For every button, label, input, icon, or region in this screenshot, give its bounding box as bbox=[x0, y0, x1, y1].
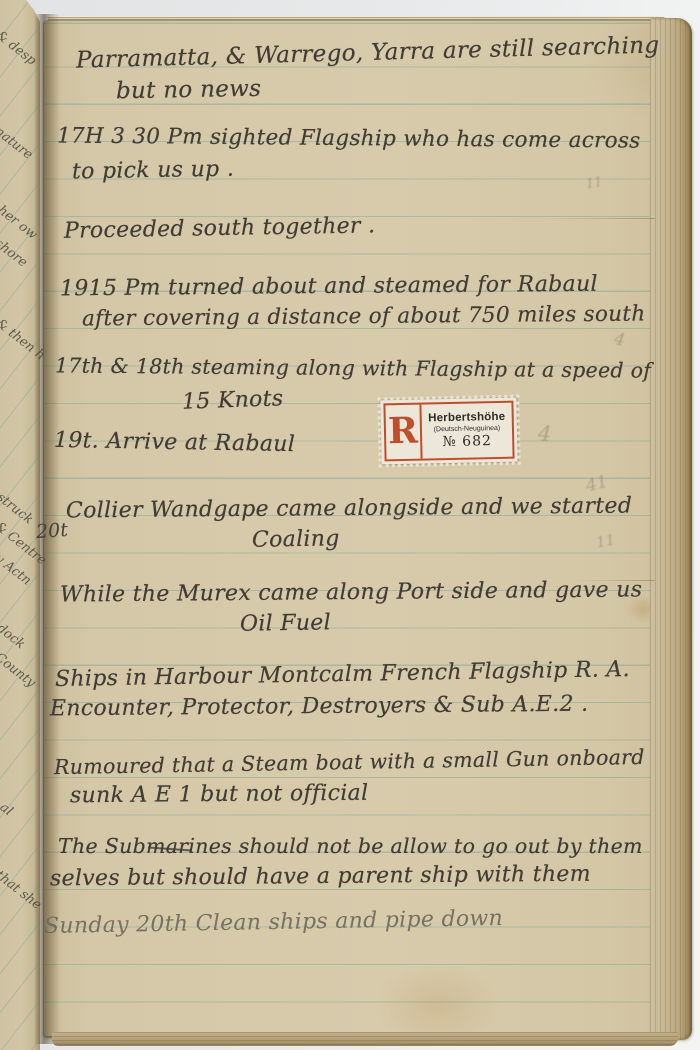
handwriting-line: 17th & 18th steaming along with Flagship… bbox=[55, 353, 651, 383]
registration-stamp: R Herbertshöhe (Deutsch-Neuguinea) № 682 bbox=[380, 398, 517, 465]
handwriting-line: Oil Fuel bbox=[240, 610, 331, 638]
registration-stamp-frame: R Herbertshöhe (Deutsch-Neuguinea) № 682 bbox=[383, 401, 514, 462]
handwriting-line: Collier Wandgape came alongside and we s… bbox=[66, 494, 632, 525]
handwriting-line: but no news bbox=[116, 76, 262, 106]
pencil-smudge-mark: 11 bbox=[585, 175, 603, 192]
handwriting-line: 1915 Pm turned about and steamed for Rab… bbox=[60, 272, 598, 303]
stamp-registration-number: № 682 bbox=[442, 434, 492, 450]
page-stack-bottom-edge bbox=[52, 1032, 678, 1046]
handwriting-line: selves but should have a parent ship wit… bbox=[50, 862, 591, 893]
paper-crease bbox=[540, 218, 655, 219]
pencil-smudge-mark: 4 bbox=[537, 422, 552, 447]
page-stack-right-edge bbox=[650, 18, 692, 1040]
handwriting-line: Proceeded south together . bbox=[64, 213, 376, 245]
handwriting-line: Coaling bbox=[252, 526, 340, 554]
pencil-smudge-mark: 11 bbox=[595, 530, 617, 551]
handwriting-line: 15 Knots bbox=[182, 386, 284, 416]
handwriting-line: The Submarines should not be allow to go… bbox=[58, 834, 643, 859]
registration-letter: R bbox=[385, 405, 422, 460]
handwriting-line: to pick us up . bbox=[72, 157, 234, 186]
photographed-diary-page: R Herbertshöhe (Deutsch-Neuguinea) № 682… bbox=[0, 0, 700, 1050]
stamp-place-name: Herbertshöhe bbox=[428, 411, 505, 425]
handwriting-line: 17H 3 30 Pm sighted Flagship who has com… bbox=[57, 123, 641, 154]
handwriting-line: sunk A E 1 but not official bbox=[70, 781, 369, 810]
margin-date-note: 20t bbox=[35, 519, 68, 543]
registration-stamp-text: Herbertshöhe (Deutsch-Neuguinea) № 682 bbox=[421, 403, 512, 459]
handwriting-line: Encounter, Protector, Destroyers & Sub A… bbox=[50, 692, 589, 723]
handwriting-line: 19t. Arrive at Rabaul bbox=[54, 428, 295, 459]
stamp-territory-name: (Deutsch-Neuguinea) bbox=[434, 424, 501, 433]
handwriting-line: While the Murex came along Port side and… bbox=[60, 577, 642, 608]
handwriting-line: after covering a distance of about 750 m… bbox=[82, 302, 646, 333]
